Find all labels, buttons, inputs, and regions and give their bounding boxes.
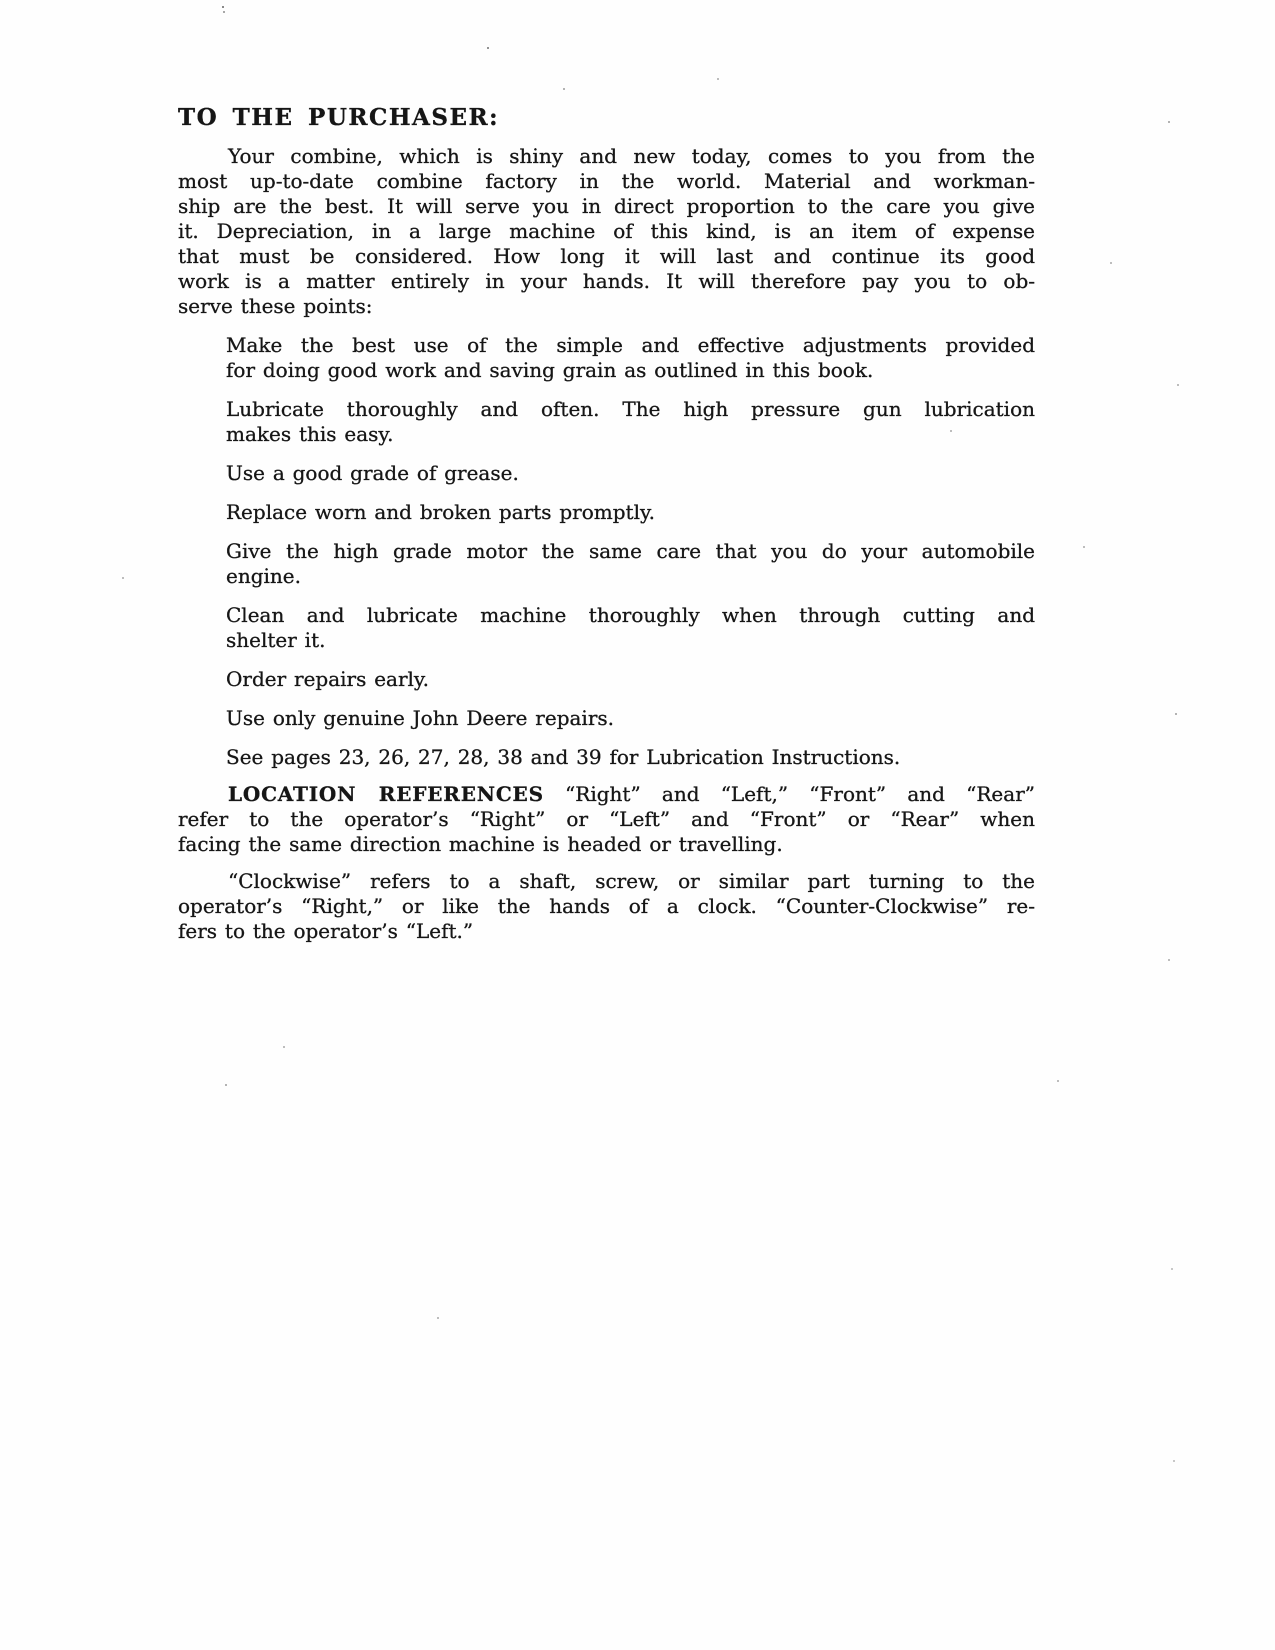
- text-line: Replace worn and broken parts promptly.: [226, 500, 1035, 525]
- text-line: See pages 23, 26, 27, 28, 38 and 39 for …: [226, 745, 1035, 770]
- document-blocks: Your combine, which is shiny and new tod…: [178, 144, 1035, 944]
- text-line: facing the same direction machine is hea…: [178, 832, 1035, 857]
- body-paragraph: LOCATION REFERENCES “Right” and “Left,” …: [178, 782, 1035, 857]
- inline-heading: LOCATION REFERENCES: [228, 782, 544, 806]
- text-line: serve these points:: [178, 294, 1035, 319]
- point-paragraph: Use a good grade of grease.: [226, 461, 1035, 486]
- point-paragraph: Lubricate thoroughly and often. The high…: [226, 397, 1035, 447]
- point-paragraph: Make the best use of the simple and effe…: [226, 333, 1035, 383]
- scanned-manual-page: TO THE PURCHASER: Your combine, which is…: [0, 0, 1275, 1650]
- text-line: most up-to-date combine factory in the w…: [178, 169, 1035, 194]
- text-line: shelter it.: [226, 628, 1035, 653]
- point-paragraph: Replace worn and broken parts promptly.: [226, 500, 1035, 525]
- point-paragraph: Use only genuine John Deere repairs.: [226, 706, 1035, 731]
- text-line: operator’s “Right,” or like the hands of…: [178, 894, 1035, 919]
- point-paragraph: Order repairs early.: [226, 667, 1035, 692]
- scan-noise-specks: [0, 0, 2, 2]
- text-line: it. Depreciation, in a large machine of …: [178, 219, 1035, 244]
- text-line: for doing good work and saving grain as …: [226, 358, 1035, 383]
- text-line: Use only genuine John Deere repairs.: [226, 706, 1035, 731]
- text-line: Give the high grade motor the same care …: [226, 539, 1035, 564]
- text-line: Use a good grade of grease.: [226, 461, 1035, 486]
- text-line: LOCATION REFERENCES “Right” and “Left,” …: [178, 782, 1035, 807]
- text-line: “Clockwise” refers to a shaft, screw, or…: [178, 869, 1035, 894]
- text-line: refer to the operator’s “Right” or “Left…: [178, 807, 1035, 832]
- text-line: ship are the best. It will serve you in …: [178, 194, 1035, 219]
- text-line: that must be considered. How long it wil…: [178, 244, 1035, 269]
- text-line: makes this easy.: [226, 422, 1035, 447]
- text-line: Order repairs early.: [226, 667, 1035, 692]
- page-title: TO THE PURCHASER:: [178, 104, 1035, 132]
- point-paragraph: See pages 23, 26, 27, 28, 38 and 39 for …: [226, 745, 1035, 770]
- text-line: fers to the operator’s “Left.”: [178, 919, 1035, 944]
- text-line: Make the best use of the simple and effe…: [226, 333, 1035, 358]
- text-line: work is a matter entirely in your hands.…: [178, 269, 1035, 294]
- point-paragraph: Give the high grade motor the same care …: [226, 539, 1035, 589]
- text-line: engine.: [226, 564, 1035, 589]
- point-paragraph: Clean and lubricate machine thoroughly w…: [226, 603, 1035, 653]
- body-paragraph: Your combine, which is shiny and new tod…: [178, 144, 1035, 319]
- body-paragraph: “Clockwise” refers to a shaft, screw, or…: [178, 869, 1035, 944]
- text-line: Clean and lubricate machine thoroughly w…: [226, 603, 1035, 628]
- text-line: Your combine, which is shiny and new tod…: [178, 144, 1035, 169]
- text-line: Lubricate thoroughly and often. The high…: [226, 397, 1035, 422]
- document-body: TO THE PURCHASER: Your combine, which is…: [178, 104, 1035, 944]
